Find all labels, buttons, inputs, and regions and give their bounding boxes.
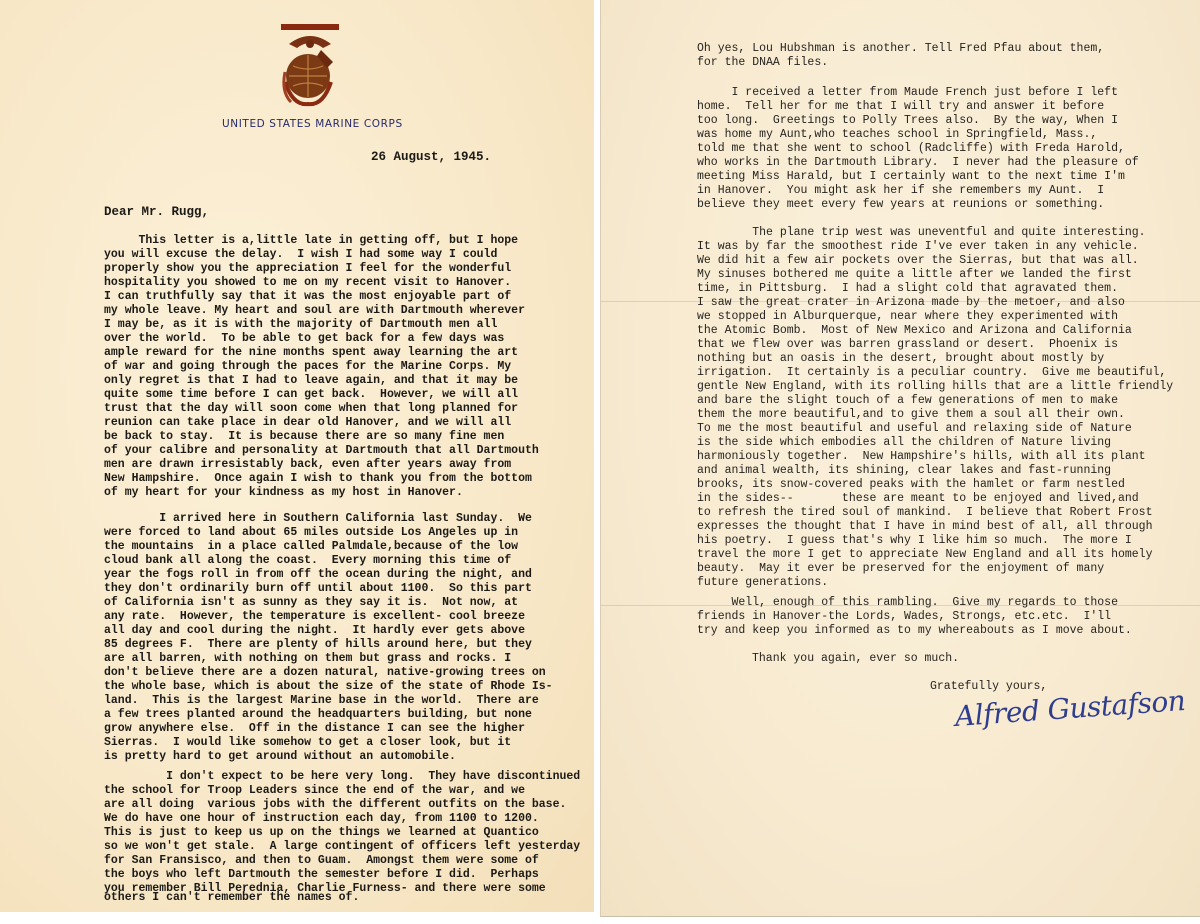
paragraph: I received a letter from Maude French ju… — [697, 86, 1139, 212]
organization-name: UNITED STATES MARINE CORPS — [222, 118, 397, 130]
paragraph: I don't expect to be here very long. The… — [104, 770, 580, 896]
letterhead: UNITED STATES MARINE CORPS — [222, 22, 397, 130]
thanks-line: Thank you again, ever so much. — [752, 652, 959, 665]
closing: Gratefully yours, — [930, 680, 1047, 693]
eagle-globe-anchor-icon — [277, 22, 343, 114]
paragraph: I arrived here in Southern California la… — [104, 512, 553, 764]
paragraph: Oh yes, Lou Hubshman is another. Tell Fr… — [697, 42, 1104, 70]
salutation: Dear Mr. Rugg, — [104, 205, 209, 219]
letter-page-1: UNITED STATES MARINE CORPS 26 August, 19… — [0, 0, 594, 912]
paragraph: This letter is a,little late in getting … — [104, 234, 539, 500]
letter-date: 26 August, 1945. — [371, 150, 491, 164]
paragraph: The plane trip west was uneventful and q… — [697, 226, 1173, 590]
paragraph: Well, enough of this rambling. Give my r… — [697, 596, 1132, 638]
paragraph-last-line: others I can't remember the names of. — [104, 893, 359, 902]
